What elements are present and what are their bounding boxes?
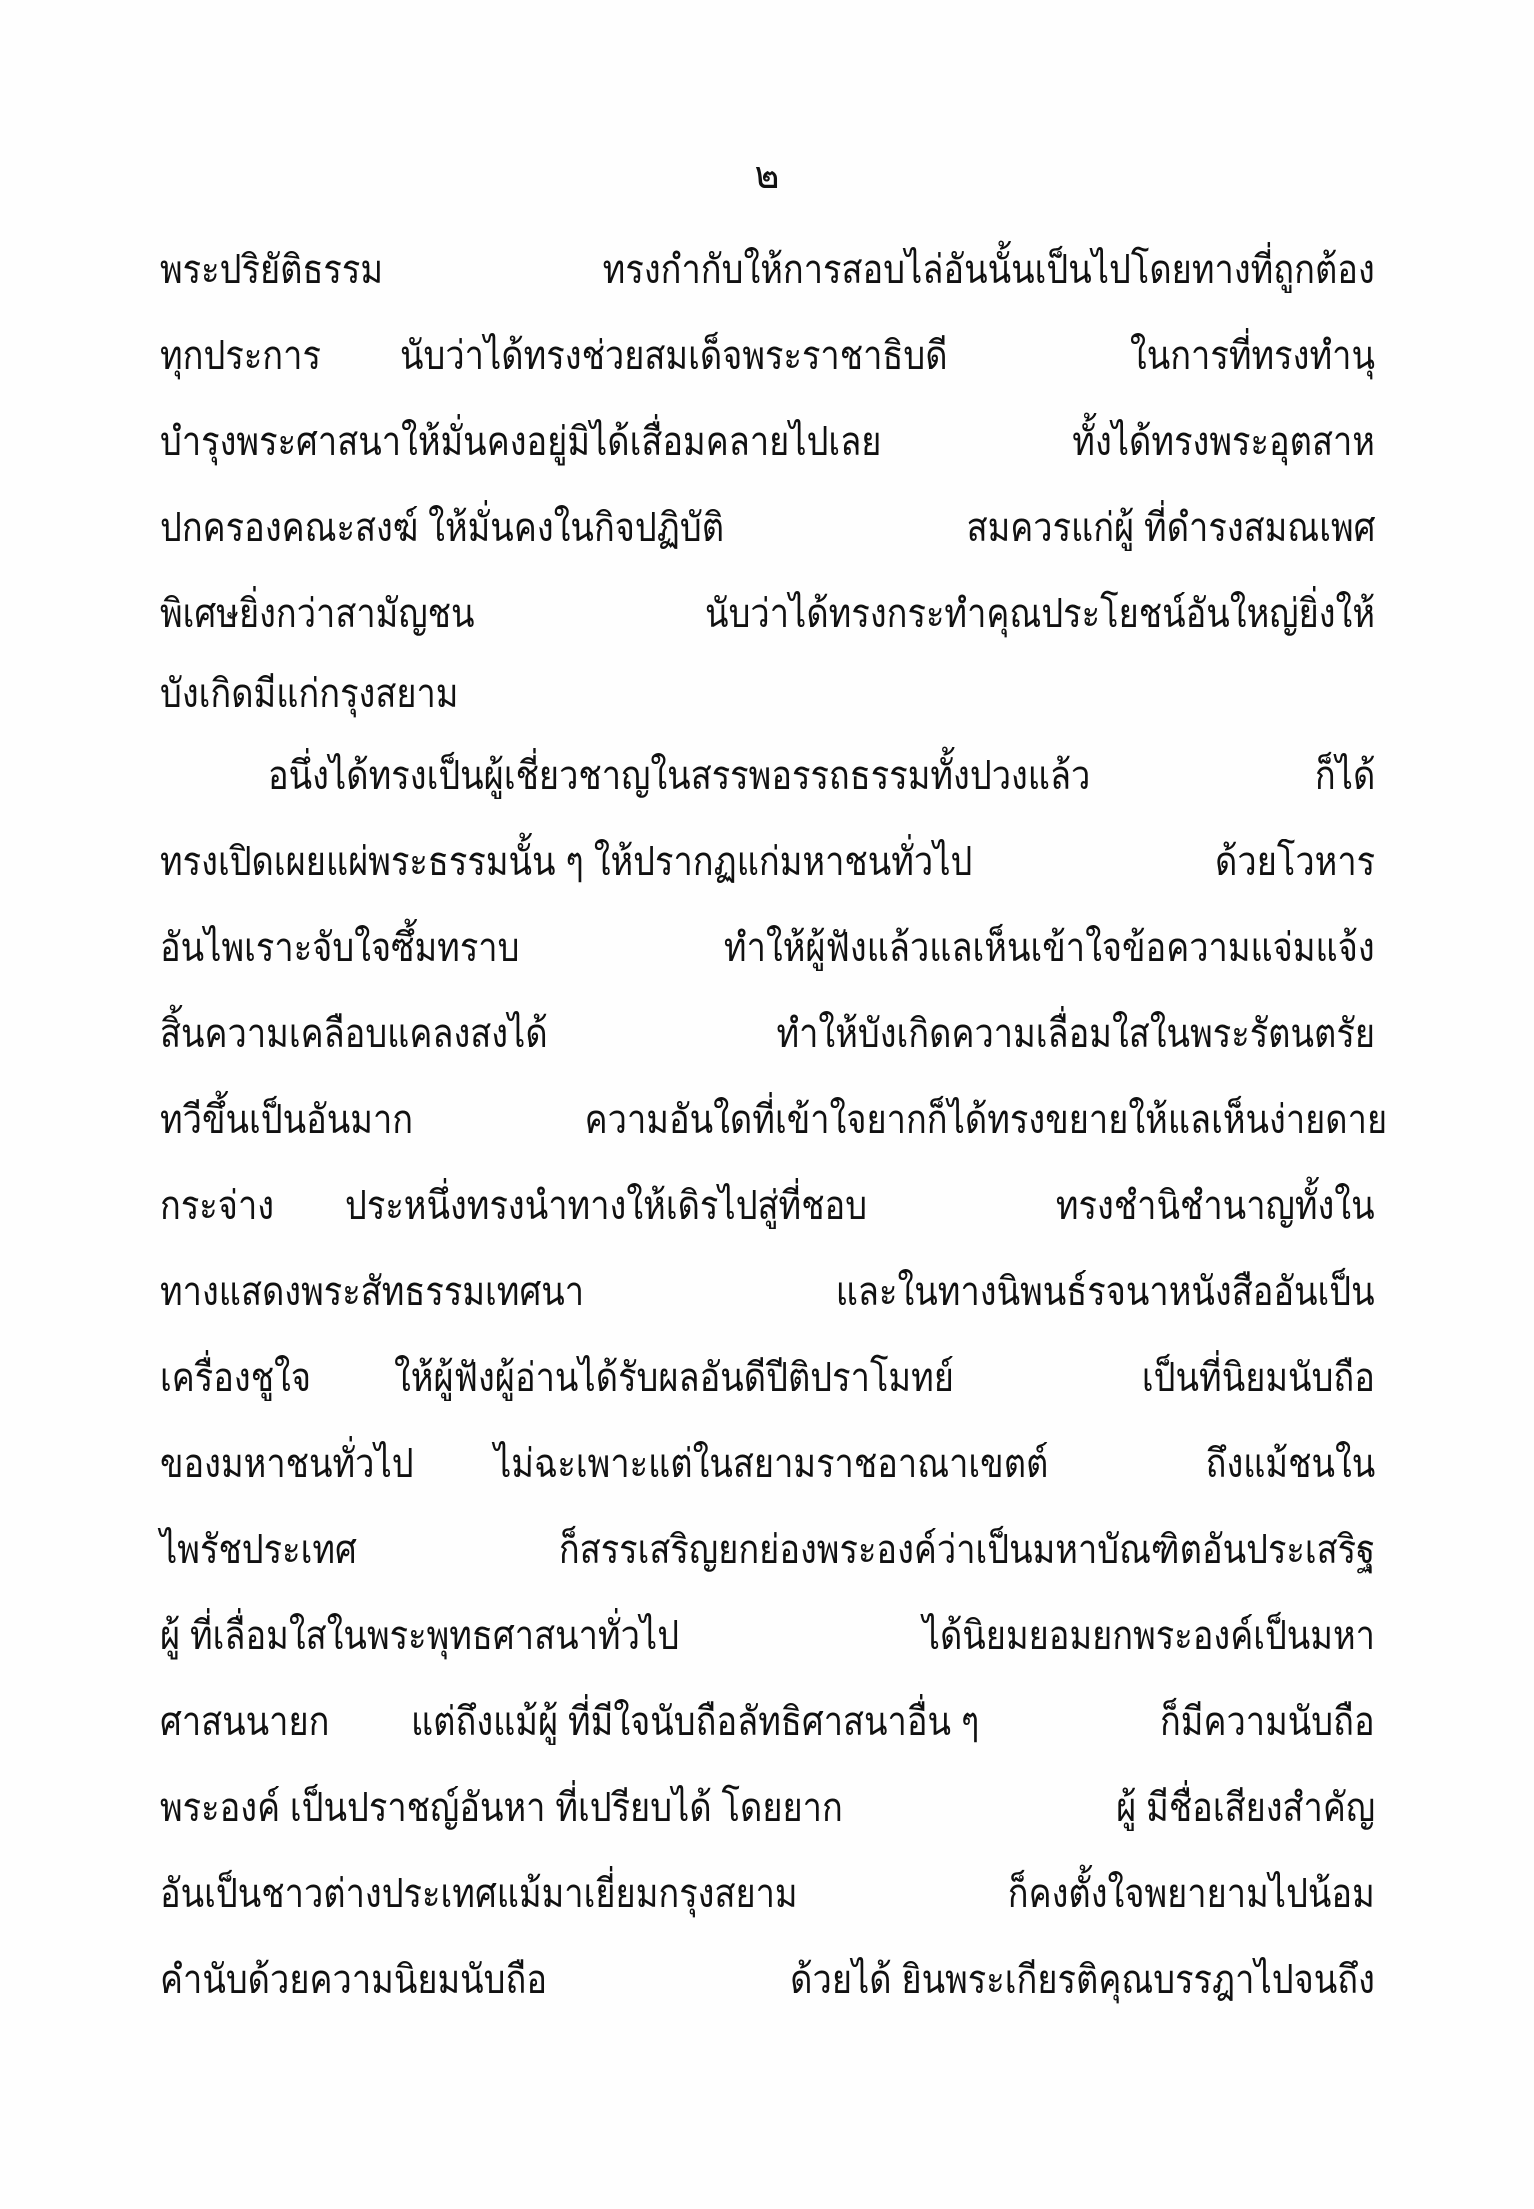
text-segment: ได้นิยมยอมยกพระองค์เป็นมหา [923,1601,1375,1671]
text-segment: พระปริยัติธรรม [160,235,383,305]
text-segment: ก็ได้ [1315,741,1375,811]
text-segment: บำรุงพระศาสนาให้มั่นคงอยู่มิได้เสื่อมคลา… [160,407,881,477]
text-segment: ไม่ฉะเพาะแต่ในสยามราชอาณาเขตต์ [494,1429,1048,1499]
text-line-3: บำรุงพระศาสนาให้มั่นคงอยู่มิได้เสื่อมคลา… [160,407,1375,477]
text-line-8: ทรงเปิดเผยแผ่พระธรรมนั้น ๆ ให้ปรากฏแก่มห… [160,827,1375,897]
text-segment: ของมหาชนทั่วไป [160,1429,414,1499]
text-segment: ผู้ มีชื่อเสียงสำคัญ [1116,1773,1375,1843]
text-line-2: ทุกประการ นับว่าได้ทรงช่วยสมเด็จพระราชาธ… [160,321,1375,391]
text-segment: ปกครองคณะสงฆ์ ให้มั่นคงในกิจปฏิบัติ [160,493,724,563]
text-segment: อันเป็นชาวต่างประเทศแม้มาเยี่ยมกรุงสยาม [160,1859,798,1929]
text-line-15: ของมหาชนทั่วไป ไม่ฉะเพาะแต่ในสยามราชอาณา… [160,1429,1375,1499]
text-line-11: ทวีขึ้นเป็นอันมาก ความอันใดที่เข้าใจยากก… [160,1085,1375,1155]
text-line-10: สิ้นความเคลือบแคลงสงได้ ทำให้บังเกิดความ… [160,999,1375,1069]
text-line-5: พิเศษยิ่งกว่าสามัญชน นับว่าได้ทรงกระทำคุ… [160,579,1375,649]
text-segment: สมควรแก่ผู้ ที่ดำรงสมณเพศ [966,493,1375,563]
text-segment: ด้วยได้ ยินพระเกียรติคุณบรรฎาไปจนถึง [790,1945,1375,2015]
scanned-document-page: ๒ พระปริยัติธรรม ทรงกำกับให้การสอบไล่อัน… [0,0,1534,2209]
text-line-17: ผู้ ที่เลื่อมใสในพระพุทธศาสนาทั่วไป ได้น… [160,1601,1375,1671]
text-segment: ก็คงตั้งใจพยายามไปน้อม [1008,1859,1375,1929]
text-segment: ก็สรรเสริญยกย่องพระองค์ว่าเป็นมหาบัณฑิตอ… [559,1515,1375,1585]
text-segment: ถึงแม้ชนใน [1205,1429,1375,1499]
text-segment: และในทางนิพนธ์รจนาหนังสืออันเป็น [836,1257,1375,1327]
text-line-12: กระจ่าง ประหนึ่งทรงนำทางให้เดิรไปสู่ที่ช… [160,1171,1375,1241]
text-segment: อนึ่งได้ทรงเป็นผู้เชี่ยวชาญในสรรพอรรถธรร… [268,741,1090,811]
text-line-21: คำนับด้วยความนิยมนับถือ ด้วยได้ ยินพระเก… [160,1945,1375,2015]
text-segment: ผู้ ที่เลื่อมใสในพระพุทธศาสนาทั่วไป [160,1601,679,1671]
text-segment: เป็นที่นิยมนับถือ [1142,1343,1375,1413]
text-line-19: พระองค์ เป็นปราชญ์อันหา ที่เปรียบได้ โดย… [160,1773,1375,1843]
text-segment: ประหนึ่งทรงนำทางให้เดิรไปสู่ที่ชอบ [345,1171,867,1241]
text-segment: ทำให้ผู้ฟังแล้วแลเห็นเข้าใจข้อความแจ่มแจ… [724,913,1375,983]
text-segment: ทุกประการ [160,321,321,391]
text-line-13: ทางแสดงพระสัทธรรมเทศนา และในทางนิพนธ์รจน… [160,1257,1375,1327]
text-line-7-paragraph-start: อนึ่งได้ทรงเป็นผู้เชี่ยวชาญในสรรพอรรถธรร… [268,741,1375,811]
text-segment: กระจ่าง [160,1171,274,1241]
text-segment: ไพรัชประเทศ [160,1515,357,1585]
text-segment: นับว่าได้ทรงกระทำคุณประโยชน์อันใหญ่ยิ่งใ… [705,579,1375,649]
text-line-6: บังเกิดมีแก่กรุงสยาม [160,659,1375,729]
text-line-16: ไพรัชประเทศ ก็สรรเสริญยกย่องพระองค์ว่าเป… [160,1515,1375,1585]
text-segment: พระองค์ เป็นปราชญ์อันหา ที่เปรียบได้ โดย… [160,1773,843,1843]
text-segment: นับว่าได้ทรงช่วยสมเด็จพระราชาธิบดี [400,321,948,391]
text-segment: ด้วยโวหาร [1215,827,1375,897]
text-segment: ก็มีความนับถือ [1160,1687,1375,1757]
text-line-18: ศาสนนายก แต่ถึงแม้ผู้ ที่มีใจนับถือลัทธิ… [160,1687,1375,1757]
text-segment: บังเกิดมีแก่กรุงสยาม [160,659,458,729]
text-segment: แต่ถึงแม้ผู้ ที่มีใจนับถือลัทธิศาสนาอื่น… [411,1687,979,1757]
text-segment: ทรงเปิดเผยแผ่พระธรรมนั้น ๆ ให้ปรากฏแก่มห… [160,827,972,897]
text-segment: ในการที่ทรงทำนุ [1130,321,1375,391]
text-segment: สิ้นความเคลือบแคลงสงได้ [160,999,548,1069]
text-line-4: ปกครองคณะสงฆ์ ให้มั่นคงในกิจปฏิบัติ สมคว… [160,493,1375,563]
text-segment: คำนับด้วยความนิยมนับถือ [160,1945,547,2015]
text-segment: ทั้งได้ทรงพระอุตสาห [1072,407,1375,477]
text-segment: ให้ผู้ฟังผู้อ่านได้รับผลอันดีปีติปราโมทย… [394,1343,954,1413]
text-segment: ทรงชำนิชำนาญทั้งใน [1056,1171,1375,1241]
text-segment: ทำให้บังเกิดความเลื่อมใสในพระรัตนตรัย [776,999,1375,1069]
text-segment: ศาสนนายก [160,1687,329,1757]
text-line-20: อันเป็นชาวต่างประเทศแม้มาเยี่ยมกรุงสยาม … [160,1859,1375,1929]
text-line-14: เครื่องชูใจ ให้ผู้ฟังผู้อ่านได้รับผลอันด… [160,1343,1375,1413]
text-segment: ทางแสดงพระสัทธรรมเทศนา [160,1257,584,1327]
text-segment: พิเศษยิ่งกว่าสามัญชน [160,579,475,649]
page-number: ๒ [0,150,1534,200]
text-segment: อันไพเราะจับใจซึ้มทราบ [160,913,519,983]
text-line-1: พระปริยัติธรรม ทรงกำกับให้การสอบไล่อันนั… [160,235,1375,305]
text-line-9: อันไพเราะจับใจซึ้มทราบ ทำให้ผู้ฟังแล้วแล… [160,913,1375,983]
text-segment: ความอันใดที่เข้าใจยากก็ได้ทรงขยายให้แลเห… [585,1085,1387,1155]
text-segment: เครื่องชูใจ [160,1343,311,1413]
text-segment: ทรงกำกับให้การสอบไล่อันนั้นเป็นไปโดยทางท… [603,235,1375,305]
text-segment: ทวีขึ้นเป็นอันมาก [160,1085,413,1155]
